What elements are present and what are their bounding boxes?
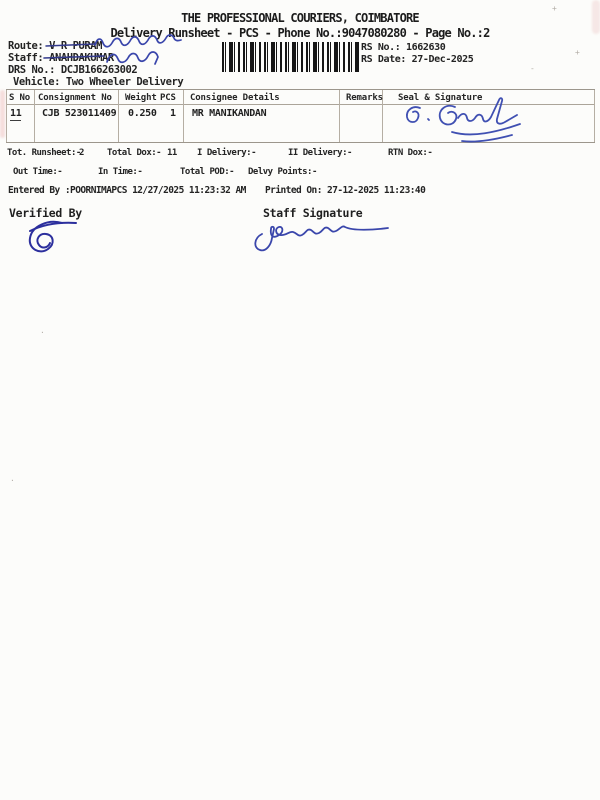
scan-smudge-right [592,0,600,34]
rs-date-value: 27-Dec-2025 [412,54,474,65]
verified-by-label: Verified By [9,206,82,220]
route-line: Route: V R PURAM [8,40,102,52]
total-dox-label: Total Dox:- [107,148,161,158]
rs-date-line: RS Date: 27-Dec-2025 [361,54,473,65]
total-pod-label: Total POD:- [180,167,234,177]
staff-label: Staff: [8,52,43,64]
table-border-right [594,90,595,142]
table-divider-3 [183,90,184,142]
staff-signature-label: Staff Signature [263,206,362,220]
col-header-consignment: Consignment No [38,93,112,103]
drs-label: DRS No.: [8,64,55,76]
delvy-points-label: Delvy Points:- [248,167,317,177]
doc-title: THE PROFESSIONAL COURIERS, COIMBATORE [0,11,600,25]
scan-smudge-left [0,90,5,138]
rs-no-value: 1662630 [406,42,445,53]
table-divider-2 [118,90,119,142]
total-dox-value: 11 [167,148,177,158]
scan-speck: + [552,4,557,13]
scan-speck: . [40,326,45,335]
doc-subtitle: Delivery Runsheet - PCS - Phone No.:9047… [0,26,600,40]
scan-speck: + [575,48,580,57]
consignment-table: S No Consignment No Weight PCS Consignee… [6,89,595,143]
delivery-runsheet-document: THE PROFESSIONAL COURIERS, COIMBATORE De… [0,0,600,800]
drs-line: DRS No.: DCJB166263002 [8,64,137,76]
route-value: V R PURAM [49,40,102,52]
barcode [222,42,360,72]
staff-signature-scribble [255,226,388,250]
col-header-seal: Seal & Signature [398,93,482,103]
verified-by-signature [30,222,76,252]
staff-handwriting [107,52,158,64]
tot-runsheet-value: 2 [79,148,84,158]
col-header-pcs: PCS [160,93,176,103]
row-sno-value: 11 [10,108,21,121]
rs-no-label: RS No.: [361,42,400,53]
ii-delivery-label: II Delivery:- [288,148,352,158]
drs-value: DCJB166263002 [61,64,137,76]
in-time-label: In Time:- [98,167,142,177]
tot-runsheet-label: Tot. Runsheet:- [7,148,81,158]
rtn-dox-label: RTN Dox:- [388,148,432,158]
row-consignee: MR MANIKANDAN [192,108,266,119]
staff-line: Staff: ANAHDAKUMAR [8,52,114,64]
table-divider-4 [339,90,340,142]
out-time-label: Out Time:- [13,167,62,177]
row-consignment: CJB 523011409 [42,108,116,119]
vehicle-value: Two Wheeler Delivery [66,76,183,88]
staff-value: ANAHDAKUMAR [49,52,114,64]
vehicle-line: Vehicle: Two Wheeler Delivery [13,76,183,88]
row-sno: 11 [10,108,21,119]
table-header-rule [6,104,595,105]
row-pcs: 1 [170,108,176,119]
rs-date-label: RS Date: [361,54,406,65]
col-header-consignee: Consignee Details [190,93,280,103]
i-delivery-label: I Delivery:- [197,148,256,158]
row-weight: 0.250 [128,108,157,119]
printed-on-line: Printed On: 27-12-2025 11:23:40 [265,185,425,196]
scan-speck: . [10,474,15,483]
col-header-weight: Weight [125,93,157,103]
col-header-sno: S No [9,93,30,103]
table-border-left [6,90,7,142]
col-header-remarks: Remarks [346,93,383,103]
route-label: Route: [8,40,43,52]
rs-no-line: RS No.: 1662630 [361,42,445,53]
table-divider-1 [34,90,35,142]
vehicle-label: Vehicle: [13,76,60,88]
scan-speck: - [530,64,535,73]
entered-by-line: Entered By :POORNIMAPCS 12/27/2025 11:23… [8,185,246,196]
